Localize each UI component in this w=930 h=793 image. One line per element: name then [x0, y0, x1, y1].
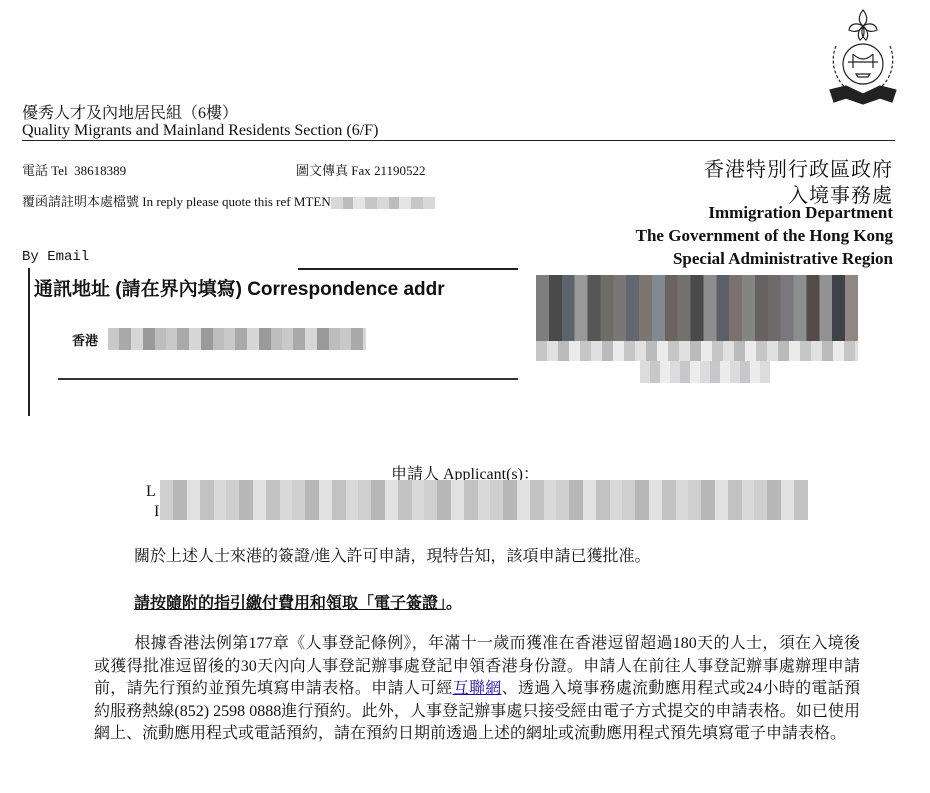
header-divider	[22, 140, 895, 141]
instruction-text: 請按隨附的指引繳付費用和領取「電子簽證」	[134, 595, 446, 612]
address-box-top-line	[298, 268, 518, 270]
delivery-method: By Email	[22, 249, 89, 265]
reference: 覆函請註明本處檔號 In reply please quote this ref…	[22, 191, 435, 210]
applicant-line-2: I	[154, 503, 159, 521]
org-name-zh-1: 香港特別行政區政府	[704, 153, 893, 182]
address-city: 香港	[72, 330, 98, 349]
org-name-en-1: Immigration Department	[708, 203, 893, 223]
fax: 圖文傳真 Fax 21190522	[296, 160, 426, 179]
telephone: 電話 Tel 38618389	[22, 160, 126, 179]
ref-prefix: MTEN	[294, 194, 331, 209]
instruction: 請按隨附的指引繳付費用和領取「電子簽證」。	[134, 590, 462, 613]
tel-label: 電話 Tel	[22, 163, 68, 178]
ref-label: 覆函請註明本處檔號 In reply please quote this ref	[22, 194, 291, 209]
redacted-block-2	[536, 341, 858, 361]
address-underline	[58, 378, 518, 380]
ref-redacted	[331, 197, 435, 209]
registration-paragraph: 根據香港法例第177章《人事登記條例》，年滿十一歲而獲准在香港逗留超過180天的…	[94, 633, 860, 746]
org-name-en-3: Special Administrative Region	[673, 249, 893, 269]
applicant-line-1: L	[146, 483, 156, 501]
redacted-block-3	[640, 361, 770, 383]
tel-number: 38618389	[74, 163, 126, 178]
fax-label: 圖文傳真 Fax	[296, 163, 371, 178]
approval-notice: 關於上述人士來港的簽證/進入許可申請，現特告知，該項申請已獲批准。	[134, 543, 650, 566]
emblem-icon	[822, 6, 904, 110]
applicant-names-redacted	[160, 480, 808, 520]
address-box-title: 通訊地址 (請在界內填寫) Correspondence addr	[34, 274, 445, 301]
fax-number: 21190522	[374, 163, 426, 178]
section-name-en: Quality Migrants and Mainland Residents …	[22, 122, 378, 140]
org-name-en-2: The Government of the Hong Kong	[636, 226, 893, 246]
internet-link[interactable]: 互聯網	[453, 680, 502, 697]
redacted-block	[536, 275, 858, 341]
address-redacted	[108, 328, 366, 350]
section-name-zh: 優秀人才及內地居民組（6樓）	[22, 100, 238, 123]
